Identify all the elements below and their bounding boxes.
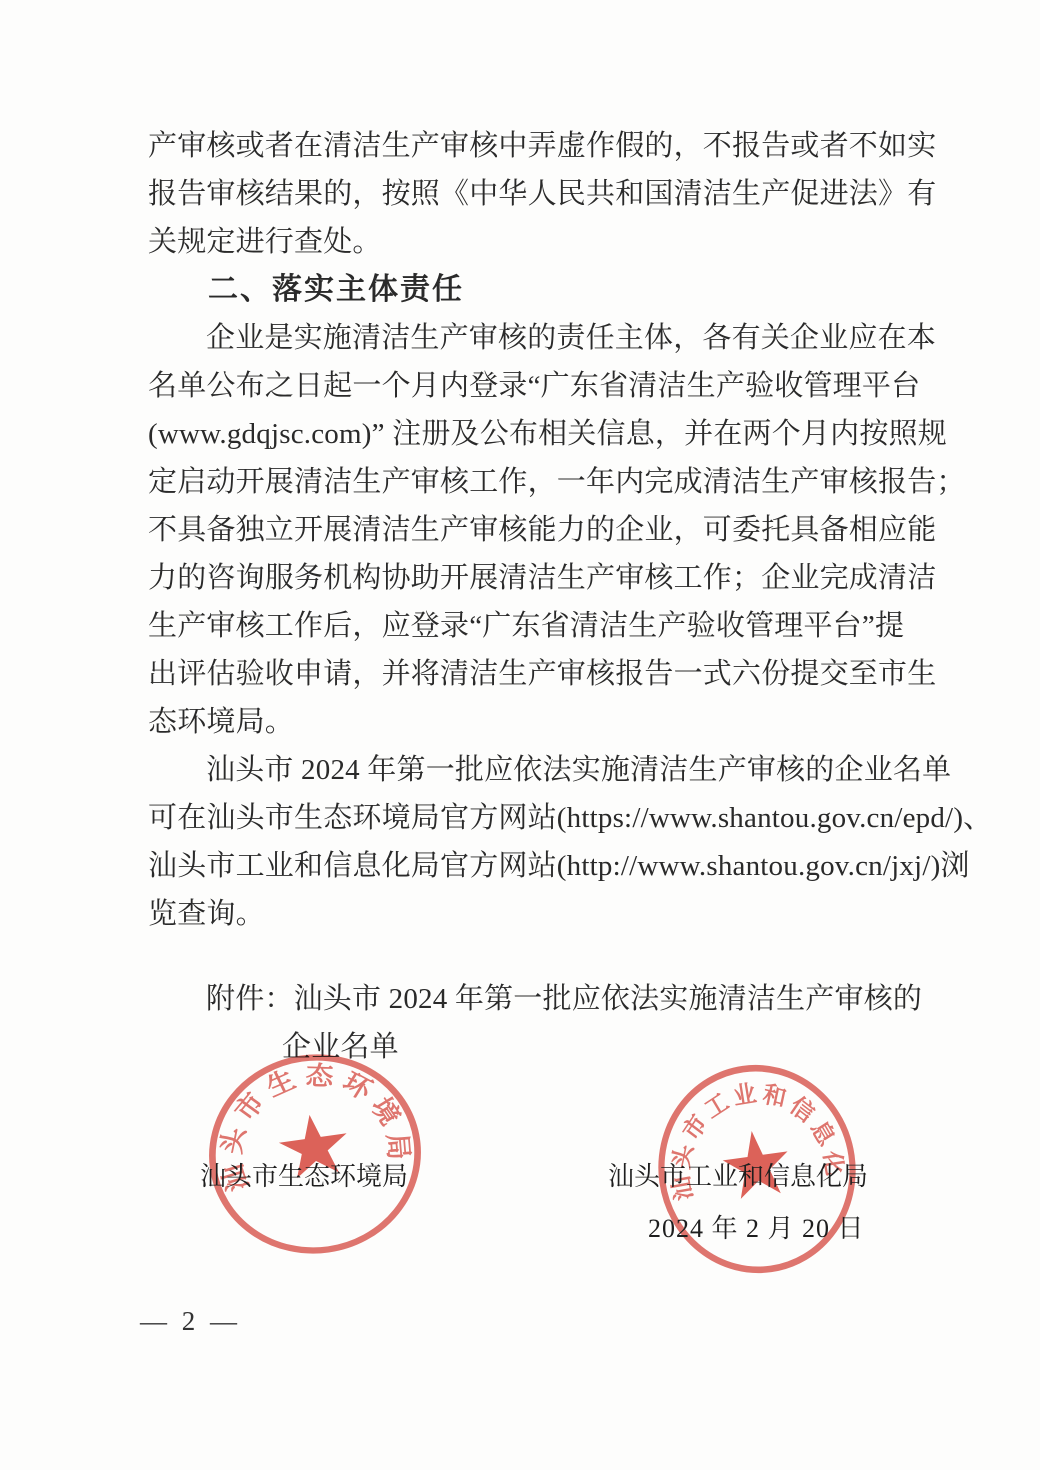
section-heading: 二、落实主体责任 [148,266,910,314]
body-line: 报告审核结果的，按照《中华人民共和国清洁生产促进法》有 [148,170,910,218]
attachment-line: 附件：汕头市 2024 年第一批应依法实施清洁生产审核的 [148,975,910,1023]
ecology-bureau-seal: 汕头市生态环境局 [188,1033,441,1274]
body-line: 企业是实施清洁生产审核的责任主体，各有关企业应在本 [148,314,910,362]
body-line: 汕头市 2024 年第一批应依法实施清洁生产审核的企业名单 [148,746,910,794]
body-line: 关规定进行查处。 [148,218,910,266]
document-page: 产审核或者在清洁生产审核中弄虚作假的，不报告或者不如实 报告审核结果的，按照《中… [0,0,1040,1470]
body-line: 出评估验收申请，并将清洁生产审核报告一式六份提交至市生 [148,650,910,698]
body-text: 产审核或者在清洁生产审核中弄虚作假的，不报告或者不如实 报告审核结果的，按照《中… [148,122,910,1071]
signature-date: 2024 年 2 月 20 日 [648,1212,865,1246]
body-line: 定启动开展清洁生产审核工作，一年内完成清洁生产审核报告； [148,458,910,506]
body-line: 汕头市工业和信息化局官方网站(http://www.shantou.gov.cn… [148,842,910,890]
signature-ecology-bureau: 汕头市生态环境局 [200,1160,408,1194]
signature-industry-bureau: 汕头市工业和信息化局 [608,1160,868,1194]
body-line: 不具备独立开展清洁生产审核能力的企业，可委托具备相应能 [148,506,910,554]
body-line: 名单公布之日起一个月内登录“广东省清洁生产验收管理平台 [148,362,910,410]
body-line: 览查询。 [148,890,910,938]
body-line: 态环境局。 [148,698,910,746]
body-line: 生产审核工作后，应登录“广东省清洁生产验收管理平台”提 [148,602,910,650]
body-line: (www.gdqjsc.com)” 注册及公布相关信息，并在两个月内按照规 [148,410,910,458]
body-line: 产审核或者在清洁生产审核中弄虚作假的，不报告或者不如实 [148,122,910,170]
body-line: 力的咨询服务机构协助开展清洁生产审核工作；企业完成清洁 [148,554,910,602]
page-number: — 2 — [140,1306,241,1337]
body-line: 可在汕头市生态环境局官方网站(https://www.shantou.gov.c… [148,794,910,842]
